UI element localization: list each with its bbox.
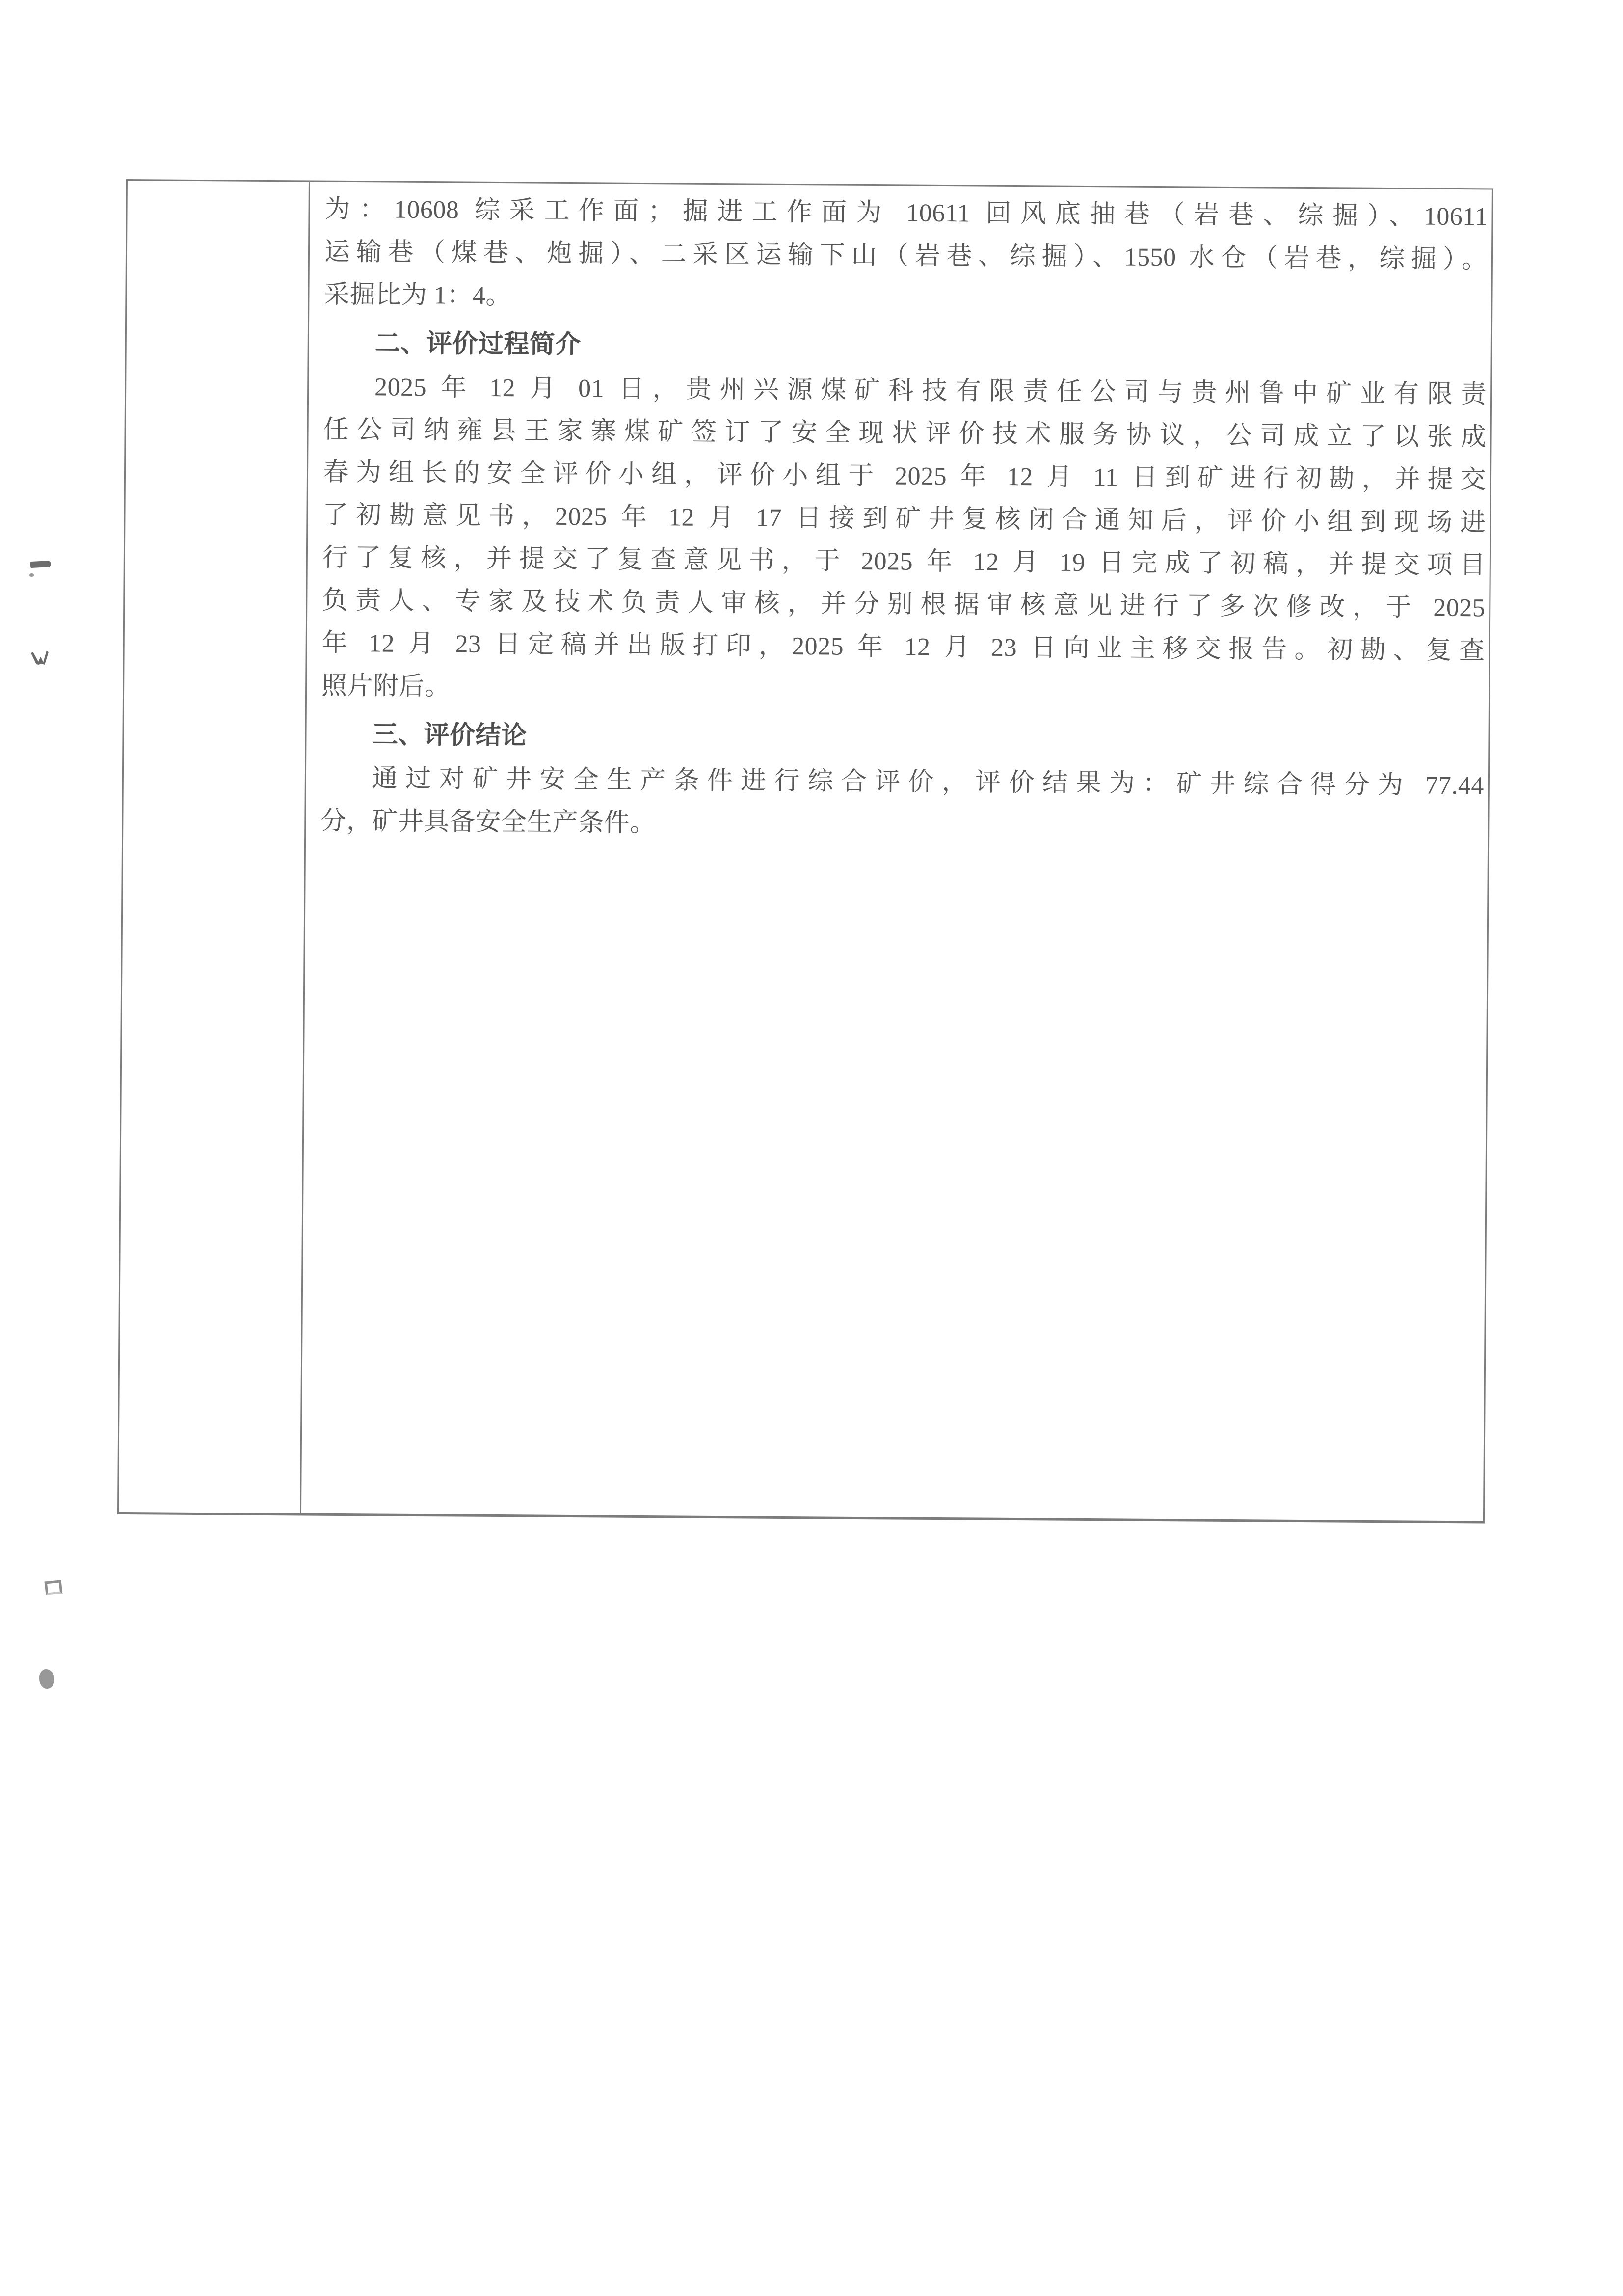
text-line: 负责人、专家及技术负责人审核，并分别根据审核意见进行了多次修改，于 2025: [322, 579, 1486, 630]
scan-speck: [45, 1580, 63, 1595]
text-line: 为：10608 综采工作面；掘进工作面为 10611 回风底抽巷（岩巷、综掘）、…: [324, 188, 1488, 239]
scan-speck: [30, 561, 52, 568]
report-table: 为：10608 综采工作面；掘进工作面为 10611 回风底抽巷（岩巷、综掘）、…: [117, 179, 1493, 1523]
section-heading-evaluation-conclusion: 三、评价结论: [321, 713, 1485, 764]
text-line: 了初勘意见书，2025 年 12 月 17 日接到矿井复核闭合通知后，评价小组到…: [322, 494, 1486, 544]
scan-speck: [31, 651, 49, 665]
scanned-document-page: { "colors": { "background": "#ffffff", "…: [0, 0, 1623, 2296]
section-heading-evaluation-process: 二、评价过程简介: [324, 322, 1488, 373]
text-line: 2025 年 12 月 01 日，贵州兴源煤矿科技有限责任公司与贵州鲁中矿业有限…: [323, 366, 1487, 416]
scan-speck: [29, 573, 34, 577]
scan-speck: [39, 1669, 54, 1689]
text-line: 任公司纳雍县王家寨煤矿签订了安全现状评价技术服务协议，公司成立了以张成: [323, 408, 1487, 459]
text-line: 行了复核，并提交了复查意见书，于 2025 年 12 月 19 日完成了初稿，并…: [322, 537, 1486, 587]
text-line: 运输巷（煤巷、炮掘）、二采区运输下山（岩巷、综掘）、1550 水仓（岩巷，综掘）…: [324, 231, 1488, 281]
text-line: 通过对矿井安全生产条件进行综合评价，评价结果为：矿井综合得分为 77.44: [321, 757, 1485, 808]
text-line: 春为组长的安全评价小组，评价小组于 2025 年 12 月 11 日到矿进行初勘…: [323, 451, 1487, 502]
table-left-column-cell: [119, 181, 310, 1513]
table-content-cell: 为：10608 综采工作面；掘进工作面为 10611 回风底抽巷（岩巷、综掘）、…: [301, 182, 1492, 1521]
text-line: 分，矿井具备安全生产条件。: [320, 800, 1484, 850]
text-line: 年 12 月 23 日定稿并出版打印，2025 年 12 月 23 日向业主移交…: [321, 622, 1485, 673]
text-line: 采掘比为 1：4。: [324, 273, 1488, 324]
text-line: 照片附后。: [321, 665, 1485, 715]
